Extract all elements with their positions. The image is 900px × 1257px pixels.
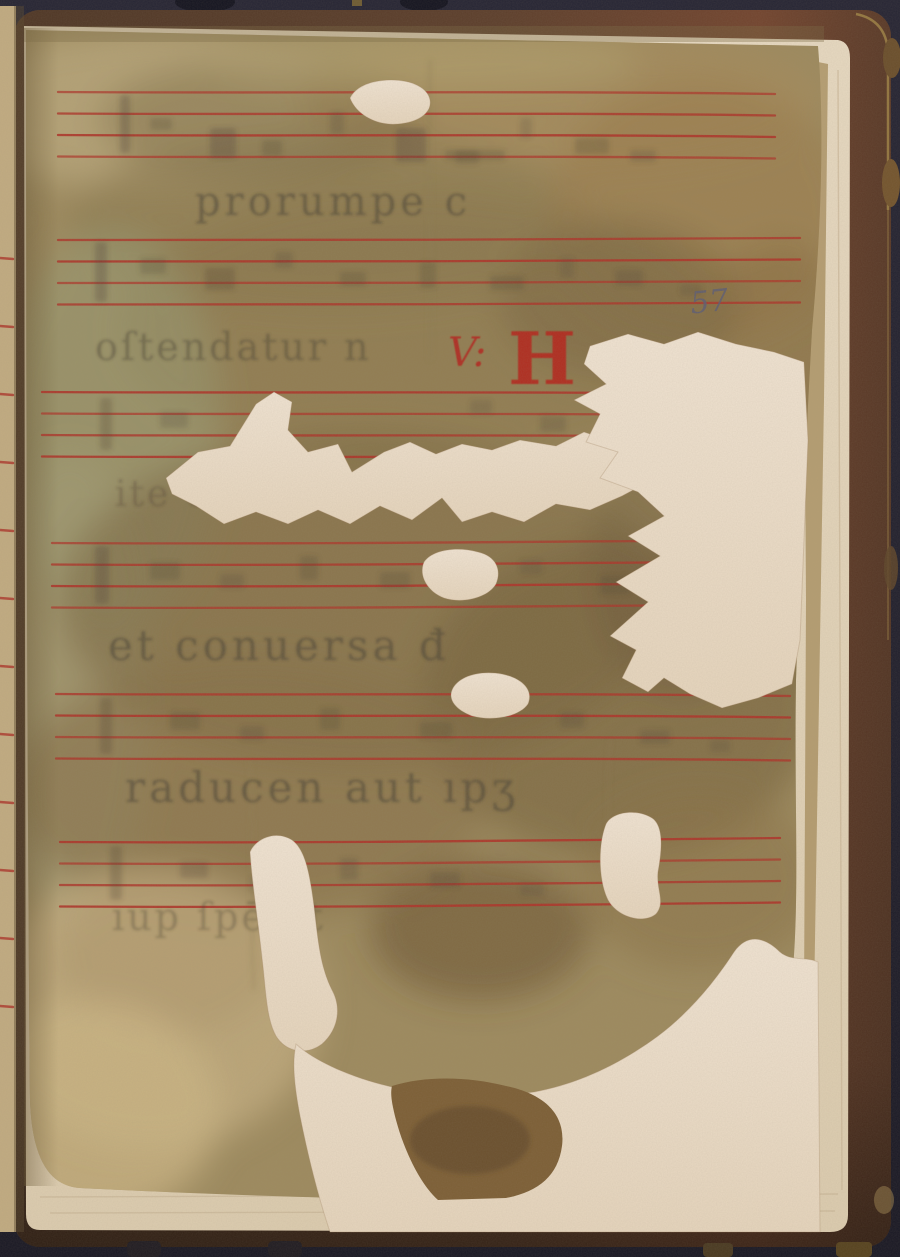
metal-foot [268,1241,302,1257]
clasp-remnant [882,159,900,207]
stave-stub [0,1006,13,1007]
manuscript-photo: prorumpe c oſtendatur n ite orant m et c… [0,0,900,1257]
stave-stub [0,394,13,395]
stave-stub [0,598,13,599]
stave-stub [0,258,13,259]
stave-stub [0,666,13,667]
metal-foot [703,1243,733,1257]
stave-stub [0,462,13,463]
stave-stub [0,870,13,871]
stave-stub [0,734,13,735]
stave-stub [0,326,13,327]
metal-boss [352,0,362,6]
stave-stub [0,938,13,939]
stave-stub [0,802,13,803]
clasp-remnant [874,1186,894,1214]
photo-grain [20,24,850,1234]
metal-foot [836,1242,872,1257]
metal-foot [127,1241,161,1257]
adjacent-page-edge [0,6,16,1232]
stave-stub [0,530,13,531]
clasp-remnant [884,546,898,590]
